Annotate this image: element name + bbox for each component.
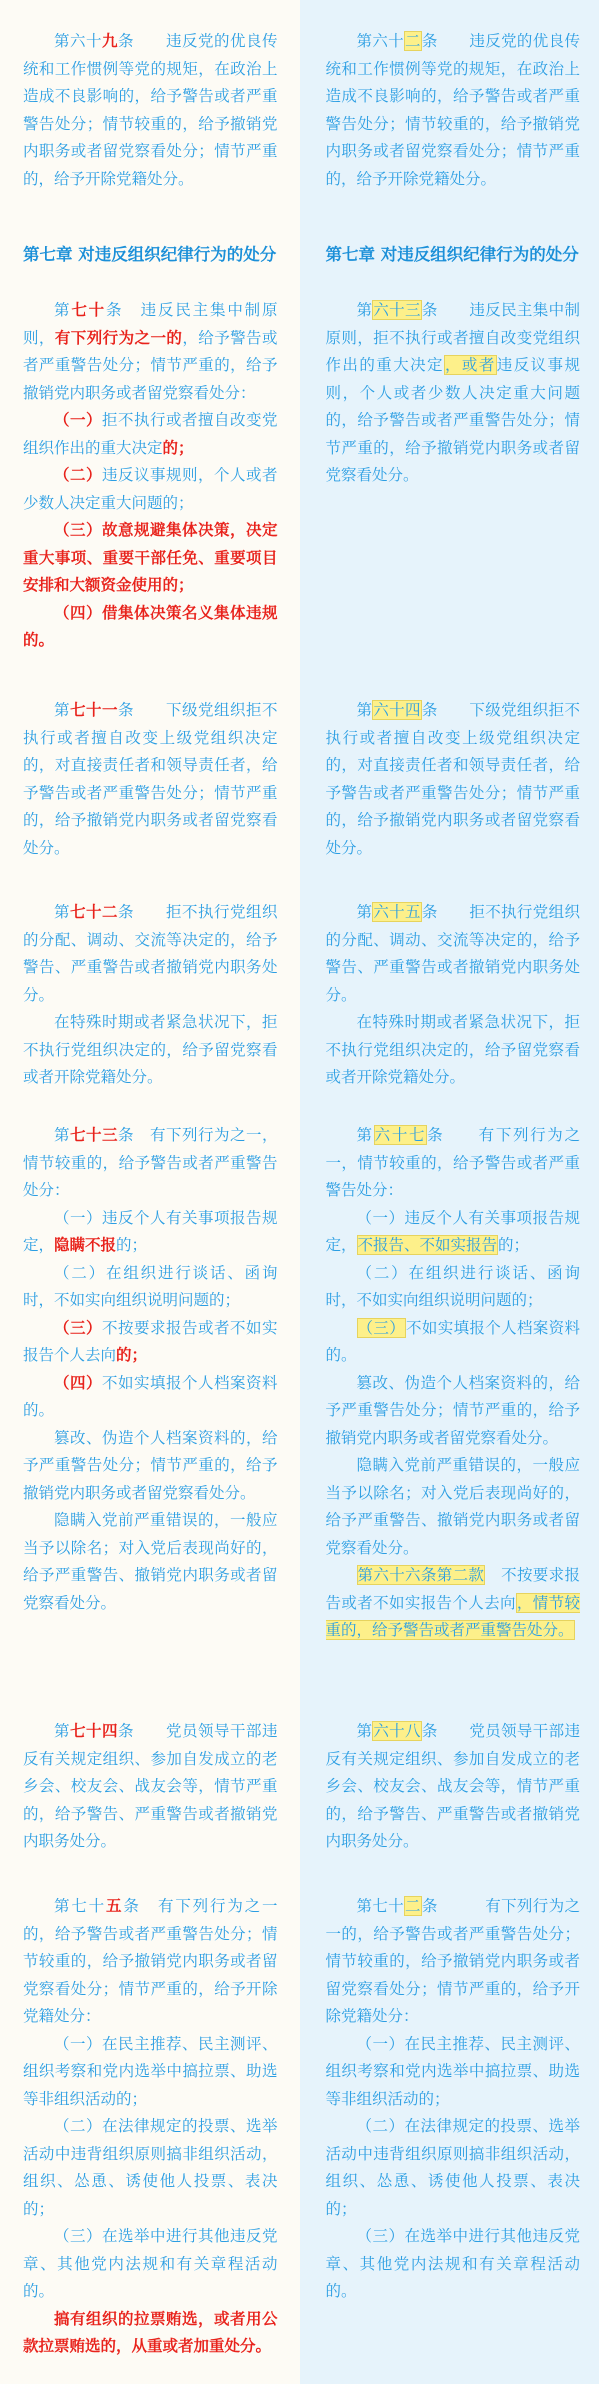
paragraph: 第七十二条 有下列行为之一的，给予警告或者严重警告处分；情节较重的，给予撤销党内…: [326, 1893, 581, 2031]
paragraph: 第六十九条 违反党的优良传统和工作惯例等党的规矩，在政治上造成不良影响的，给予警…: [23, 28, 278, 193]
paragraph: （一）违反个人有关事项报告规定，隐瞒不报的；: [23, 1205, 278, 1260]
paragraph: （一）在民主推荐、民主测评、组织考察和党内选举中搞拉票、助选等非组织活动的；: [326, 2031, 581, 2114]
text-segment: 第: [54, 701, 70, 719]
text-segment: （二）在法律规定的投票、选举活动中违背组织原则搞非组织活动，组织、怂恿、诱使他人…: [23, 2117, 278, 2218]
paragraph: 第七十四条 党员领导干部违反有关规定组织、参加自发成立的老乡会、校友会、战友会等…: [23, 1718, 278, 1856]
paragraph: 第六十八条 党员领导干部违反有关规定组织、参加自发成立的老乡会、校友会、战友会等…: [326, 1718, 581, 1856]
text-segment: 第六十: [54, 32, 102, 50]
chapter-title: 第七章 对违反组织纪律行为的处分: [23, 241, 278, 268]
text-segment: 第七章 对违反组织纪律行为的处分: [23, 245, 276, 264]
text-segment: 的；: [116, 1236, 147, 1254]
paragraph: （二）在法律规定的投票、选举活动中违背组织原则搞非组织活动，组织、怂恿、诱使他人…: [326, 2113, 581, 2223]
text-segment: 隐瞒入党前严重错误的，一般应当予以除名；对入党后表现尚好的，给予严重警告、撤销党…: [326, 1456, 581, 1557]
text-segment: 条 有下列行为之一的，给予警告或者严重警告处分；情节较重的，给予撤销党内职务或者…: [326, 1897, 581, 2025]
text-segment: 第: [357, 701, 373, 719]
changed-text-red: 五: [106, 1897, 123, 1915]
text-segment: 的；: [498, 1236, 529, 1254]
column-new-version: 第六十九条 违反党的优良传统和工作惯例等党的规矩，在政治上造成不良影响的，给予警…: [0, 0, 300, 2384]
text-segment: 第七章 对违反组织纪律行为的处分: [326, 245, 579, 264]
paragraph: 第七十三条 有下列行为之一，情节较重的，给予警告或者严重警告处分：: [23, 1122, 278, 1205]
article-block: 第七十四条 党员领导干部违反有关规定组织、参加自发成立的老乡会、校友会、战友会等…: [23, 1718, 278, 1856]
paragraph: （一）违反个人有关事项报告规定，不报告、不如实报告的；: [326, 1205, 581, 1260]
paragraph: （二）在组织进行谈话、函询时，不如实向组织说明问题的；: [23, 1260, 278, 1315]
paragraph: 第六十三条 违反民主集中制原则，拒不执行或者擅自改变党组织作出的重大决定，或者违…: [326, 297, 581, 490]
text-segment: 违反议事规则，个人或者少数人决定重大问题的，给予警告或者严重警告处分；情节严重的…: [326, 356, 581, 484]
text-segment: 第: [357, 301, 373, 319]
paragraph: 第六十二条 违反党的优良传统和工作惯例等党的规矩，在政治上造成不良影响的，给予警…: [326, 28, 581, 193]
text-segment: （二）在法律规定的投票、选举活动中违背组织原则搞非组织活动，组织、怂恿、诱使他人…: [326, 2117, 581, 2218]
article-block: 第七十一条 下级党组织拒不执行或者擅自改变上级党组织决定的，对直接责任者和领导责…: [23, 697, 278, 862]
changed-text-red: 的；: [116, 1346, 147, 1364]
text-segment: 条 违反党的优良传统和工作惯例等党的规矩，在政治上造成不良影响的，给予警告或者严…: [326, 32, 581, 188]
changed-text-red: 有下列行为之一的: [55, 329, 182, 347]
paragraph: （三）在选举中进行其他违反党章、其他党内法规和有关章程活动的。: [326, 2223, 581, 2306]
article-block: 第六十四条 下级党组织拒不执行或者擅自改变上级党组织决定的，对直接责任者和领导责…: [326, 697, 581, 862]
comparison-page: 第六十九条 违反党的优良传统和工作惯例等党的规矩，在政治上造成不良影响的，给予警…: [0, 0, 599, 2384]
text-segment: 在特殊时期或者紧急状况下，拒不执行党组织决定的，给予留党察看或者开除党籍处分。: [23, 1013, 278, 1086]
paragraph: 第六十六条第二款 不按要求报告或者不如实报告个人去向，情节较重的，给予警告或者严…: [326, 1562, 581, 1645]
changed-text-red: 搞有组织的拉票贿选，或者用公款拉票贿选的，从重或者加重处分。: [23, 2310, 278, 2356]
text-segment: 第: [357, 1126, 374, 1144]
highlighted-text: 六十四: [372, 700, 422, 720]
paragraph: 第七十二条 拒不执行党组织的分配、调动、交流等决定的，给予警告、严重警告或者撤销…: [23, 899, 278, 1009]
text-segment: 条 有下列行为之一的，给予警告或者严重警告处分；情节较重的，给予撤销党内职务或者…: [23, 1897, 278, 2025]
text-segment: （三）在选举中进行其他违反党章、其他党内法规和有关章程活动的。: [326, 2227, 581, 2300]
chapter-heading-block: 第七章 对违反组织纪律行为的处分: [326, 241, 581, 268]
paragraph: 搞有组织的拉票贿选，或者用公款拉票贿选的，从重或者加重处分。: [23, 2306, 278, 2361]
highlighted-text: ，或者: [444, 355, 497, 375]
highlighted-text: 六十三: [372, 300, 422, 320]
text-segment: （一）在民主推荐、民主测评、组织考察和党内选举中搞拉票、助选等非组织活动的；: [326, 2035, 581, 2108]
paragraph: 在特殊时期或者紧急状况下，拒不执行党组织决定的，给予留党察看或者开除党籍处分。: [326, 1009, 581, 1092]
changed-text-red: （二）: [54, 466, 102, 484]
text-segment: （二）在组织进行谈话、函询时，不如实向组织说明问题的；: [326, 1264, 581, 1310]
text-segment: 条 下级党组织拒不执行或者擅自改变上级党组织决定的，对直接责任者和领导责任者，给…: [326, 701, 581, 857]
paragraph: 第七十条 违反民主集中制原则，有下列行为之一的，给予警告或者严重警告处分；情节严…: [23, 297, 278, 407]
highlighted-text: 六十五: [372, 902, 422, 922]
changed-text-red: （四）借集体决策名义集体违规的。: [23, 604, 278, 650]
text-segment: 第: [54, 1722, 70, 1740]
paragraph: （三）不按要求报告或者不如实报告个人去向的；: [23, 1315, 278, 1370]
text-segment: （一）在民主推荐、民主测评、组织考察和党内选举中搞拉票、助选等非组织活动的；: [23, 2035, 278, 2108]
changed-text-red: 九: [102, 32, 118, 50]
article-block: 第六十九条 违反党的优良传统和工作惯例等党的规矩，在政治上造成不良影响的，给予警…: [23, 28, 278, 193]
changed-text-red: 七十: [71, 301, 106, 319]
paragraph: 隐瞒入党前严重错误的，一般应当予以除名；对入党后表现尚好的，给予严重警告、撤销党…: [23, 1507, 278, 1617]
column-old-version: 第六十二条 违反党的优良传统和工作惯例等党的规矩，在政治上造成不良影响的，给予警…: [300, 0, 599, 2384]
text-segment: 第: [357, 903, 373, 921]
article-block: 第六十八条 党员领导干部违反有关规定组织、参加自发成立的老乡会、校友会、战友会等…: [326, 1718, 581, 1856]
highlighted-text: （三）: [357, 1318, 407, 1338]
text-segment: 篡改、伪造个人档案资料的，给予严重警告处分；情节严重的，给予撤销党内职务或者留党…: [326, 1374, 581, 1447]
paragraph: （三）不如实填报个人档案资料的。: [326, 1315, 581, 1370]
highlighted-text: 第六十六条第二款: [357, 1565, 486, 1585]
paragraph: （二）在法律规定的投票、选举活动中违背组织原则搞非组织活动，组织、怂恿、诱使他人…: [23, 2113, 278, 2223]
article-block: 第七十二条 有下列行为之一的，给予警告或者严重警告处分；情节较重的，给予撤销党内…: [326, 1893, 581, 2306]
text-segment: 条 违反党的优良传统和工作惯例等党的规矩，在政治上造成不良影响的，给予警告或者严…: [23, 32, 278, 188]
changed-text-red: 的；: [163, 439, 194, 457]
highlighted-text: 六十七: [374, 1125, 428, 1145]
chapter-title: 第七章 对违反组织纪律行为的处分: [326, 241, 581, 268]
text-segment: 第六十: [357, 32, 405, 50]
text-segment: 条 下级党组织拒不执行或者擅自改变上级党组织决定的，对直接责任者和领导责任者，给…: [23, 701, 278, 857]
article-block: 第六十七条 有下列行为之一，情节较重的，给予警告或者严重警告处分：（一）违反个人…: [326, 1122, 581, 1645]
highlighted-text: 不报告、不如实报告: [357, 1235, 499, 1255]
paragraph: 第七十一条 下级党组织拒不执行或者擅自改变上级党组织决定的，对直接责任者和领导责…: [23, 697, 278, 862]
changed-text-red: （三）故意规避集体决策，决定重大事项、重要干部任免、重要项目安排和大额资金使用的…: [23, 521, 278, 594]
highlighted-text: 六十八: [372, 1721, 422, 1741]
paragraph: 篡改、伪造个人档案资料的，给予严重警告处分；情节严重的，给予撤销党内职务或者留党…: [326, 1370, 581, 1453]
paragraph: （一）拒不执行或者擅自改变党组织作出的重大决定的；: [23, 407, 278, 462]
text-segment: 第: [357, 1722, 373, 1740]
text-segment: 第: [54, 903, 70, 921]
article-block: 第七十三条 有下列行为之一，情节较重的，给予警告或者严重警告处分：（一）违反个人…: [23, 1122, 278, 1617]
paragraph: 第六十七条 有下列行为之一，情节较重的，给予警告或者严重警告处分：: [326, 1122, 581, 1205]
paragraph: 篡改、伪造个人档案资料的，给予严重警告处分；情节严重的，给予撤销党内职务或者留党…: [23, 1425, 278, 1508]
changed-text-red: （四）: [54, 1374, 102, 1392]
article-block: 第七十条 违反民主集中制原则，有下列行为之一的，给予警告或者严重警告处分；情节严…: [23, 297, 278, 655]
changed-text-red: 隐瞒不报: [54, 1236, 116, 1254]
paragraph: 第六十五条 拒不执行党组织的分配、调动、交流等决定的，给予警告、严重警告或者撤销…: [326, 899, 581, 1009]
chapter-heading-block: 第七章 对违反组织纪律行为的处分: [23, 241, 278, 268]
text-segment: 条 党员领导干部违反有关规定组织、参加自发成立的老乡会、校友会、战友会等，情节严…: [326, 1722, 581, 1850]
paragraph: （四）借集体决策名义集体违规的。: [23, 600, 278, 655]
text-segment: 第七十: [54, 1897, 106, 1915]
text-segment: 第: [54, 1126, 70, 1144]
paragraph: （三）在选举中进行其他违反党章、其他党内法规和有关章程活动的。: [23, 2223, 278, 2306]
article-block: 第七十五条 有下列行为之一的，给予警告或者严重警告处分；情节较重的，给予撤销党内…: [23, 1893, 278, 2361]
text-segment: 在特殊时期或者紧急状况下，拒不执行党组织决定的，给予留党察看或者开除党籍处分。: [326, 1013, 581, 1086]
article-block: 第六十二条 违反党的优良传统和工作惯例等党的规矩，在政治上造成不良影响的，给予警…: [326, 28, 581, 193]
article-block: 第七十二条 拒不执行党组织的分配、调动、交流等决定的，给予警告、严重警告或者撤销…: [23, 899, 278, 1092]
highlighted-text: 二: [404, 31, 422, 51]
paragraph: （二）在组织进行谈话、函询时，不如实向组织说明问题的；: [326, 1260, 581, 1315]
paragraph: （三）故意规避集体决策，决定重大事项、重要干部任免、重要项目安排和大额资金使用的…: [23, 517, 278, 600]
text-segment: （三）在选举中进行其他违反党章、其他党内法规和有关章程活动的。: [23, 2227, 278, 2300]
paragraph: 隐瞒入党前严重错误的，一般应当予以除名；对入党后表现尚好的，给予严重警告、撤销党…: [326, 1452, 581, 1562]
changed-text-red: （三）: [54, 1319, 102, 1337]
text-segment: 隐瞒入党前严重错误的，一般应当予以除名；对入党后表现尚好的，给予严重警告、撤销党…: [23, 1511, 278, 1612]
paragraph: 在特殊时期或者紧急状况下，拒不执行党组织决定的，给予留党察看或者开除党籍处分。: [23, 1009, 278, 1092]
changed-text-red: 七十一: [70, 701, 118, 719]
paragraph: （二）违反议事规则，个人或者少数人决定重大问题的；: [23, 462, 278, 517]
changed-text-red: 七十四: [70, 1722, 118, 1740]
article-block: 第六十五条 拒不执行党组织的分配、调动、交流等决定的，给予警告、严重警告或者撤销…: [326, 899, 581, 1092]
text-segment: （二）在组织进行谈话、函询时，不如实向组织说明问题的；: [23, 1264, 278, 1310]
changed-text-red: （一）: [54, 411, 102, 429]
text-segment: 条 党员领导干部违反有关规定组织、参加自发成立的老乡会、校友会、战友会等，情节严…: [23, 1722, 278, 1850]
paragraph: （一）在民主推荐、民主测评、组织考察和党内选举中搞拉票、助选等非组织活动的；: [23, 2031, 278, 2114]
article-block: 第六十三条 违反民主集中制原则，拒不执行或者擅自改变党组织作出的重大决定，或者违…: [326, 297, 581, 490]
changed-text-red: 七十三: [70, 1126, 118, 1144]
text-segment: 第: [54, 301, 71, 319]
text-segment: 第七十: [357, 1897, 405, 1915]
paragraph: （四）不如实填报个人档案资料的。: [23, 1370, 278, 1425]
highlighted-text: 二: [404, 1896, 422, 1916]
paragraph: 第六十四条 下级党组织拒不执行或者擅自改变上级党组织决定的，对直接责任者和领导责…: [326, 697, 581, 862]
text-segment: 篡改、伪造个人档案资料的，给予严重警告处分；情节严重的，给予撤销党内职务或者留党…: [23, 1429, 278, 1502]
changed-text-red: 七十二: [70, 903, 118, 921]
paragraph: 第七十五条 有下列行为之一的，给予警告或者严重警告处分；情节较重的，给予撤销党内…: [23, 1893, 278, 2031]
